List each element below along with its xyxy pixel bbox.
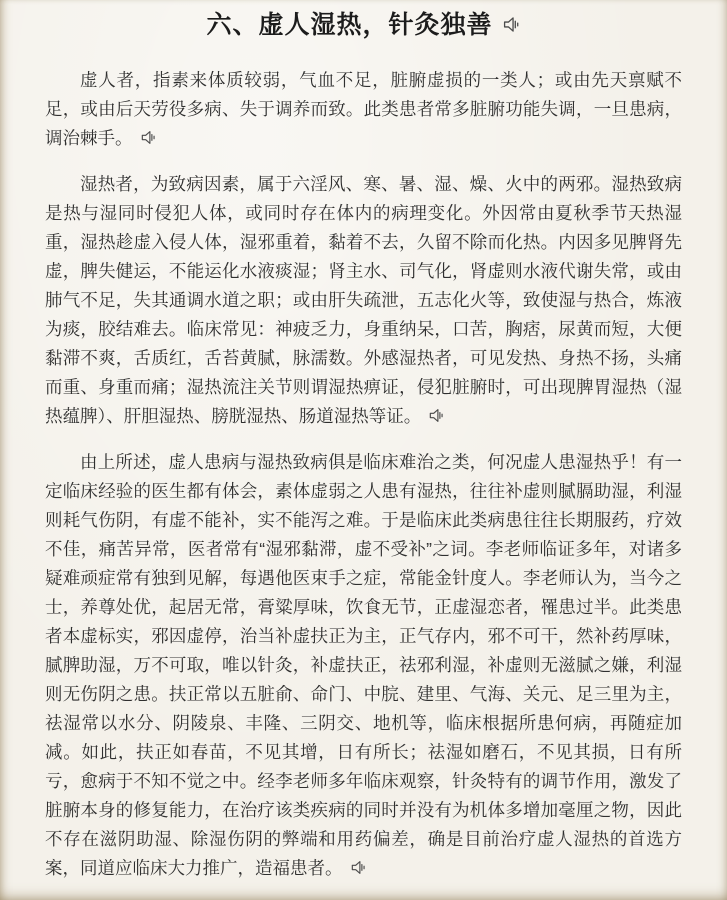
speaker-icon[interactable] xyxy=(350,859,367,876)
paragraph-text: 湿热者，为致病因素，属于六淫风、寒、暑、湿、燥、火中的两邪。湿热致病是热与湿同时… xyxy=(45,174,682,426)
speaker-icon[interactable] xyxy=(502,15,521,34)
book-page: 六、虚人湿热，针灸独善 虚人者，指素来体质较弱，气血不足，脏腑虚损的一类人；或由… xyxy=(0,0,727,900)
paragraph: 由上所述，虚人患病与湿热致病俱是临床难治之类，何况虚人患湿热乎！有一定临床经验的… xyxy=(45,448,682,883)
paragraph: 虚人者，指素来体质较弱，气血不足，脏腑虚损的一类人；或由先天禀赋不足，或由后天劳… xyxy=(45,66,682,153)
chapter-title: 六、虚人湿热，针灸独善 xyxy=(45,8,682,42)
speaker-icon[interactable] xyxy=(140,129,157,146)
speaker-icon[interactable] xyxy=(428,407,445,424)
paragraph-text: 由上所述，虚人患病与湿热致病俱是临床难治之类，何况虚人患湿热乎！有一定临床经验的… xyxy=(45,452,682,878)
paragraph: 湿热者，为致病因素，属于六淫风、寒、暑、湿、燥、火中的两邪。湿热致病是热与湿同时… xyxy=(45,170,682,431)
chapter-title-text: 六、虚人湿热，针灸独善 xyxy=(206,11,492,39)
